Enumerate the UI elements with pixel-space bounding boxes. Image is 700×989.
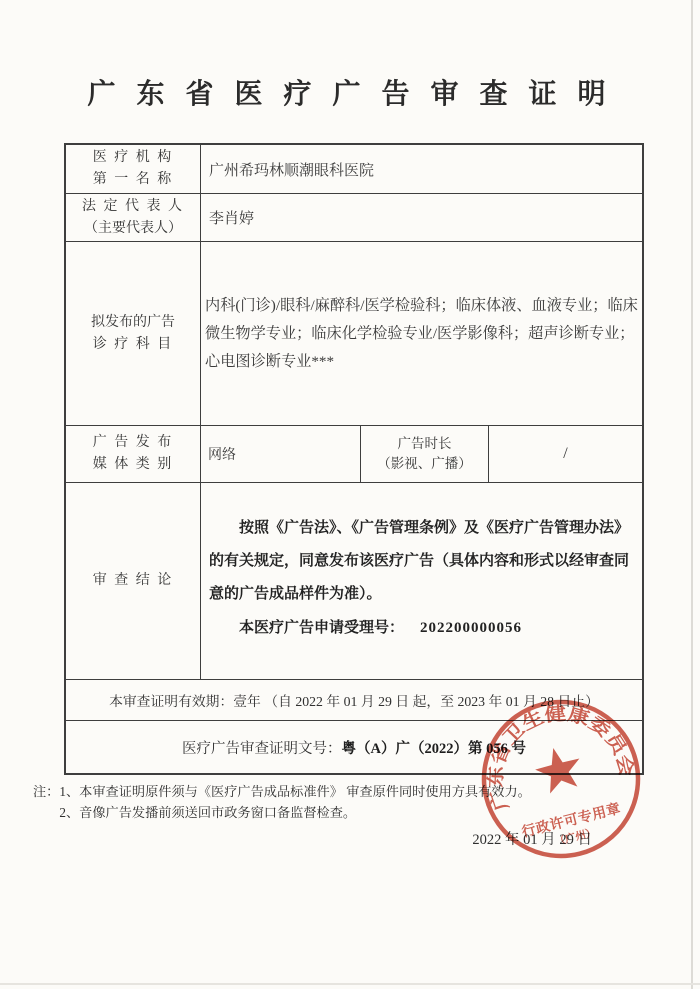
ad-duration-label-line2: （影视、广播） xyxy=(377,454,472,474)
legal-rep-label-line1: 法 定 代 表 人 xyxy=(82,196,184,218)
footnote-item-2: 2、音像广告发播前须送回市政务窗口备监督检查。 xyxy=(59,802,530,823)
table-row-org-name: 医 疗 机 构 第 一 名 称 广州希玛林顺潮眼科医院 xyxy=(66,145,642,194)
media-label-line1: 广 告 发 布 xyxy=(93,432,174,454)
certificate-page: 广 东 省 医 疗 广 告 审 查 证 明 医 疗 机 构 第 一 名 称 广州… xyxy=(0,0,700,989)
acceptance-number-value: 202200000056 xyxy=(420,620,522,636)
org-name-label: 医 疗 机 构 第 一 名 称 xyxy=(66,145,201,193)
scan-edge-right xyxy=(691,0,693,989)
subjects-label: 拟发布的广告 诊 疗 科 目 xyxy=(66,242,201,425)
ad-duration-label-line1: 广告时长 xyxy=(398,434,452,454)
legal-rep-value: 李肖婷 xyxy=(201,194,642,241)
doc-number-value: 粤（A）广（2022）第 056 号 xyxy=(342,737,526,758)
media-label-line2: 媒 体 类 别 xyxy=(93,454,174,476)
conclusion-label-text: 审 查 结 论 xyxy=(93,570,174,592)
table-row-subjects: 拟发布的广告 诊 疗 科 目 内科(门诊)/眼科/麻醉科/医学检验科；临床体液、… xyxy=(66,242,642,426)
footnotes: 注： 1、本审查证明原件须与《医疗广告成品标准件》 审查原件同时使用方具有效力。… xyxy=(33,781,531,823)
ad-duration-value: / xyxy=(489,426,642,482)
media-value: 网络 xyxy=(201,426,361,482)
table-row-conclusion: 审 查 结 论 按照《广告法》、《广告管理条例》及《医疗广告管理办法》的有关规定… xyxy=(66,483,642,680)
scan-edge-bottom xyxy=(0,983,700,985)
certificate-title: 广 东 省 医 疗 广 告 审 查 证 明 xyxy=(0,72,700,112)
org-name-label-line2: 第 一 名 称 xyxy=(93,169,174,191)
table-row-validity: 本审查证明有效期：壹年 （自 2022 年 01 月 29 日 起，至 2023… xyxy=(66,680,642,721)
certificate-table: 医 疗 机 构 第 一 名 称 广州希玛林顺潮眼科医院 法 定 代 表 人 （主… xyxy=(64,143,644,775)
media-label: 广 告 发 布 媒 体 类 别 xyxy=(66,426,201,482)
org-name-value: 广州希玛林顺潮眼科医院 xyxy=(201,145,642,193)
legal-rep-label-line2: （主要代表人） xyxy=(84,218,182,240)
table-row-doc-number: 医疗广告审查证明文号：粤（A）广（2022）第 056 号 xyxy=(66,721,642,773)
subjects-value: 内科(门诊)/眼科/麻醉科/医学检验科；临床体液、血液专业；临床微生物学专业；临… xyxy=(201,242,642,425)
ad-duration-label: 广告时长 （影视、广播） xyxy=(361,426,489,482)
footnote-item-1: 1、本审查证明原件须与《医疗广告成品标准件》 审查原件同时使用方具有效力。 xyxy=(59,781,530,802)
conclusion-paragraph: 按照《广告法》、《广告管理条例》及《医疗广告管理办法》的有关规定，同意发布该医疗… xyxy=(209,512,632,611)
conclusion-content: 按照《广告法》、《广告管理条例》及《医疗广告管理办法》的有关规定，同意发布该医疗… xyxy=(201,483,642,679)
validity-text: 本审查证明有效期：壹年 （自 2022 年 01 月 29 日 起，至 2023… xyxy=(109,690,599,710)
subjects-label-line1: 拟发布的广告 xyxy=(91,312,175,334)
org-name-label-line1: 医 疗 机 构 xyxy=(93,147,174,169)
legal-rep-label: 法 定 代 表 人 （主要代表人） xyxy=(66,194,201,241)
issue-date: 2022 年 01 月 29 日 xyxy=(0,828,592,849)
footnotes-prefix: 注： xyxy=(33,781,59,823)
doc-number-label: 医疗广告审查证明文号： xyxy=(182,737,342,758)
table-row-media: 广 告 发 布 媒 体 类 别 网络 广告时长 （影视、广播） / xyxy=(66,426,642,483)
acceptance-number-line: 本医疗广告申请受理号：202200000056 xyxy=(209,616,632,637)
subjects-label-line2: 诊 疗 科 目 xyxy=(93,334,174,356)
footnotes-items: 1、本审查证明原件须与《医疗广告成品标准件》 审查原件同时使用方具有效力。 2、… xyxy=(59,781,530,823)
conclusion-label: 审 查 结 论 xyxy=(66,483,201,679)
table-row-legal-rep: 法 定 代 表 人 （主要代表人） 李肖婷 xyxy=(66,194,642,242)
acceptance-number-label: 本医疗广告申请受理号： xyxy=(239,620,404,636)
